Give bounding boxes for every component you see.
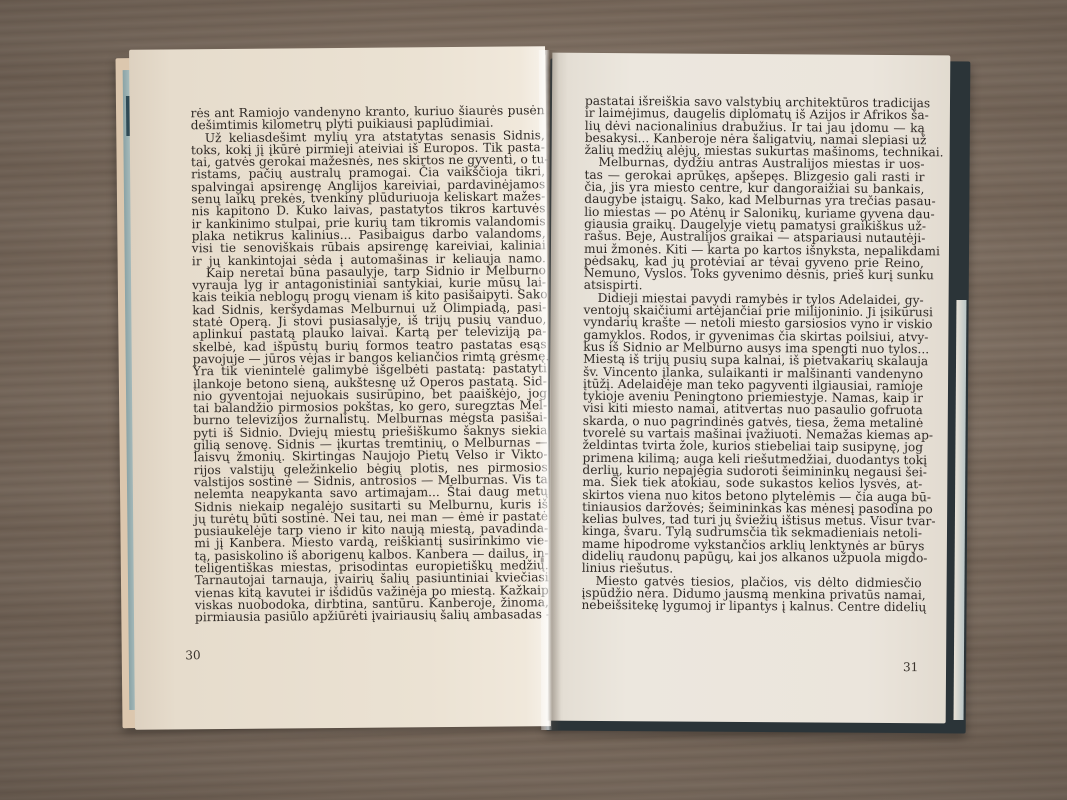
right-page-text: pastatai išreiškia savo valstybių archit… — [581, 95, 925, 614]
text-line: nebeišsitekę lygumoj ir lipantys į kalnu… — [581, 599, 921, 614]
right-page-number: 31 — [903, 661, 918, 673]
text-line: pirmiausia pasiūlo apžiūrėti įvairiausių… — [195, 608, 549, 623]
book-gutter-fold — [539, 50, 561, 730]
left-page-text: rės ant Ramiojo vandenyno kranto, kuriuo… — [191, 104, 549, 624]
left-page: rės ant Ramiojo vandenyno kranto, kuriuo… — [129, 46, 551, 730]
left-page-number: 30 — [185, 649, 200, 661]
right-page: pastatai išreiškia savo valstybių archit… — [548, 53, 951, 724]
